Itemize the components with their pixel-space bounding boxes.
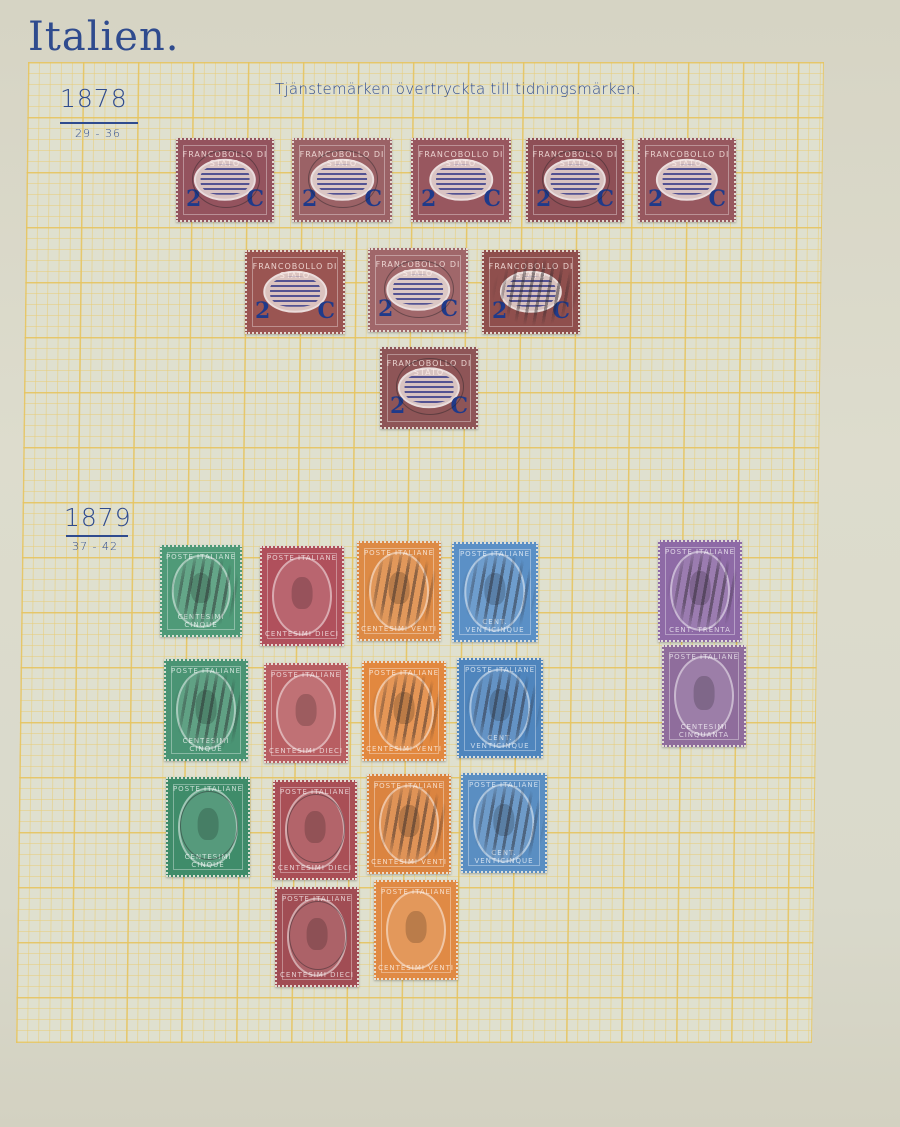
portrait	[690, 571, 711, 604]
overprint-wave-pattern	[663, 165, 712, 195]
stamp: POSTE ITALIANECENT. VENTICINQUE	[457, 658, 543, 758]
overprint-value: 2	[186, 186, 201, 212]
year-heading-1879: 1879	[64, 503, 132, 532]
overprint-unit: C	[440, 296, 458, 322]
overprint-unit: C	[450, 393, 468, 419]
portrait	[307, 918, 328, 951]
overprint-wave-pattern	[393, 275, 443, 305]
stamp-inscription: POSTE ITALIANE	[463, 781, 545, 789]
overprint-wave-pattern	[405, 373, 454, 403]
stamp-inscription: POSTE ITALIANE	[166, 667, 246, 675]
stamp-inscription: POSTE ITALIANE	[454, 550, 536, 558]
page-title: Italien.	[28, 14, 179, 60]
stamp-value: CENTESIMI DIECI	[277, 971, 357, 979]
overprint-value: 2	[492, 298, 507, 324]
stamp: FRANCOBOLLO DI STATO2C	[411, 138, 511, 222]
stamp: FRANCOBOLLO DI STATO2C	[245, 250, 345, 334]
overprint-wave-pattern	[317, 165, 367, 195]
stamp: POSTE ITALIANECENTESIMI VENTI	[357, 541, 441, 641]
overprint-wave-pattern	[436, 165, 486, 195]
overprint-unit: C	[317, 298, 335, 324]
catalogue-range-1879: 37 - 42	[72, 540, 118, 553]
overprint-value: 2	[378, 296, 393, 322]
portrait	[296, 694, 317, 727]
stamp-value: CENTESIMI VENTI	[369, 858, 449, 866]
portrait	[489, 689, 510, 722]
stamp: FRANCOBOLLO DI STATO2C	[368, 248, 468, 332]
overprint-unit: C	[246, 186, 264, 212]
year-heading-1878: 1878	[60, 84, 128, 113]
overprint-unit: C	[552, 298, 570, 324]
stamp-value: CENTESIMI CINQUE	[168, 853, 248, 869]
overprint-unit: C	[364, 186, 382, 212]
stamp-inscription: POSTE ITALIANE	[162, 553, 240, 561]
stamp: POSTE ITALIANECENTESIMI DIECI	[275, 887, 359, 987]
section-caption-1878: Tjänstemärken övertryckta till tidningsm…	[275, 80, 641, 98]
stamp-value: CENTESIMI DIECI	[275, 864, 355, 872]
stamp: POSTE ITALIANECENTESIMI CINQUE	[160, 545, 242, 637]
stamp: POSTE ITALIANECENT. TRENTA	[658, 540, 742, 642]
portrait	[191, 573, 211, 603]
stamp: POSTE ITALIANECENTESIMI CINQUE	[166, 777, 250, 877]
portrait	[406, 911, 427, 944]
stamp-inscription: POSTE ITALIANE	[364, 669, 444, 677]
stamp-value: CENT. VENTICINQUE	[459, 734, 541, 750]
stamp: POSTE ITALIANECENTESIMI DIECI	[273, 780, 357, 880]
portrait	[198, 808, 219, 841]
stamp: FRANCOBOLLO DI STATO2C	[292, 138, 392, 222]
stamp-inscription: POSTE ITALIANE	[459, 666, 541, 674]
portrait	[484, 573, 505, 606]
stamp: POSTE ITALIANECENTESIMI VENTI	[367, 774, 451, 874]
stamp-value: CENTESIMI VENTI	[376, 964, 456, 972]
overprint-unit: C	[708, 186, 726, 212]
stamp-inscription: POSTE ITALIANE	[262, 554, 342, 562]
stamp-inscription: POSTE ITALIANE	[359, 549, 439, 557]
portrait	[196, 690, 217, 723]
stamp: FRANCOBOLLO DI STATO2C	[176, 138, 274, 222]
stamp-inscription: POSTE ITALIANE	[277, 895, 357, 903]
stamp: POSTE ITALIANECENTESIMI VENTI	[362, 661, 446, 761]
stamp-value: CENTESIMI CINQUE	[166, 737, 246, 753]
overprint-wave-pattern	[201, 165, 250, 195]
portrait	[399, 805, 420, 838]
stamp: POSTE ITALIANECENT. VENTICINQUE	[452, 542, 538, 642]
stamp-inscription: POSTE ITALIANE	[168, 785, 248, 793]
stamp: FRANCOBOLLO DI STATO2C	[638, 138, 736, 222]
stamp: POSTE ITALIANECENTESIMI CINQUE	[164, 659, 248, 761]
stamp-inscription: POSTE ITALIANE	[275, 788, 355, 796]
portrait	[394, 692, 415, 725]
overprint-wave-pattern	[507, 277, 556, 307]
stamp-inscription: POSTE ITALIANE	[266, 671, 346, 679]
portrait	[305, 811, 326, 844]
stamp-value: CENTESIMI DIECI	[266, 747, 346, 755]
overprint-unit: C	[596, 186, 614, 212]
overprint-wave-pattern	[551, 165, 600, 195]
year-underline	[66, 535, 128, 537]
stamp: POSTE ITALIANECENTESIMI DIECI	[260, 546, 344, 646]
overprint-value: 2	[302, 186, 317, 212]
stamp-value: CENTESIMI CINQUE	[162, 613, 240, 629]
overprint-unit: C	[483, 186, 501, 212]
portrait	[493, 804, 514, 837]
stamp-value: CENT. TRENTA	[660, 626, 740, 634]
overprint-value: 2	[255, 298, 270, 324]
stamp-inscription: POSTE ITALIANE	[376, 888, 456, 896]
overprint-value: 2	[390, 393, 405, 419]
stamp: FRANCOBOLLO DI STATO2C	[482, 250, 580, 334]
stamp: POSTE ITALIANECENTESIMI VENTI	[374, 880, 458, 980]
catalogue-range-1878: 29 - 36	[75, 127, 121, 140]
stamp-value: CENT. VENTICINQUE	[463, 849, 545, 865]
overprint-value: 2	[648, 186, 663, 212]
stamp-value: CENTESIMI DIECI	[262, 630, 342, 638]
stamp: FRANCOBOLLO DI STATO2C	[526, 138, 624, 222]
portrait	[694, 676, 715, 709]
portrait	[292, 577, 313, 610]
overprint-value: 2	[536, 186, 551, 212]
portrait	[389, 572, 410, 605]
stamp-value: CENTESIMI VENTI	[364, 745, 444, 753]
stamp: POSTE ITALIANECENTESIMI DIECI	[264, 663, 348, 763]
stamp: POSTE ITALIANECENT. VENTICINQUE	[461, 773, 547, 873]
year-underline	[60, 122, 138, 124]
stamp: FRANCOBOLLO DI STATO2C	[380, 347, 478, 429]
stamp-value: CENTESIMI CINQUANTA	[664, 723, 744, 739]
stamp-value: CENTESIMI VENTI	[359, 625, 439, 633]
stamp: POSTE ITALIANECENTESIMI CINQUANTA	[662, 645, 746, 747]
overprint-wave-pattern	[270, 277, 320, 307]
stamp-inscription: POSTE ITALIANE	[369, 782, 449, 790]
stamp-value: CENT. VENTICINQUE	[454, 618, 536, 634]
overprint-value: 2	[421, 186, 436, 212]
stamp-inscription: POSTE ITALIANE	[664, 653, 744, 661]
stamp-inscription: POSTE ITALIANE	[660, 548, 740, 556]
